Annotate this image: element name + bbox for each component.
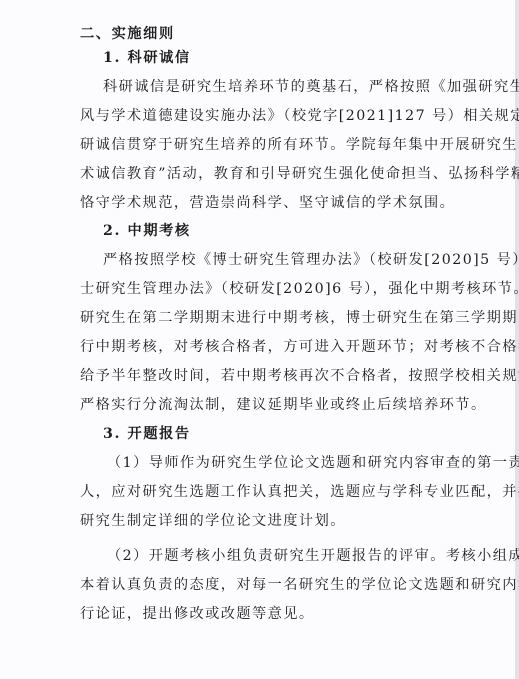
paragraph-line: 术诚信教育”活动，教育和引导研究生强化使命担当、弘扬科学精神、 [80,164,519,184]
paragraph-line: 人，应对研究生选题工作认真把关，选题应与学科专业匹配，并指导 [80,482,519,502]
subsection-heading-proposal: 3. 开题报告 [103,424,191,444]
paragraph-line: 研诚信贯穿于研究生培养的所有环节。学院每年集中开展研究生“学 [80,135,519,155]
paragraph-line: 恪守学术规范，营造崇尚科学、坚守诚信的学术氛围。 [80,193,455,213]
paragraph-line: （1）导师作为研究生学位论文选题和研究内容审查的第一责任 [107,453,519,473]
paragraph-line: 研究生在第二学期期末进行中期考核，博士研究生在第三学期期中进 [80,308,519,328]
paragraph-line: 行论证，提出修改或改题等意见。 [80,604,315,624]
paragraph-line: 本着认真负责的态度，对每一名研究生的学位论文选题和研究内容进 [80,575,519,595]
subsection-heading-integrity: 1. 科研诚信 [103,48,191,68]
paragraph-line: 行中期考核，对考核合格者，方可进入开题环节；对考核不合格者， [80,337,519,357]
document-page: 二、实施细则 1. 科研诚信 科研诚信是研究生培养环节的奠基石，严格按照《加强研… [0,0,519,679]
paragraph-line: 严格按照学校《博士研究生管理办法》（校研发[2020]5 号）《硕 [103,250,519,270]
subsection-heading-midterm: 2. 中期考核 [103,221,191,241]
paragraph-line: 给予半年整改时间，若中期考核再次不合格者，按照学校相关规定， [80,366,519,386]
paragraph-line: 严格实行分流淘汰制，建议延期毕业或终止后续培养环节。 [80,395,487,415]
paragraph-line: 科研诚信是研究生培养环节的奠基石，严格按照《加强研究生学 [103,77,519,97]
paragraph-line: 士研究生管理办法》（校研发[2020]6 号），强化中期考核环节。硕士 [80,279,519,299]
paragraph-line: （2）开题考核小组负责研究生开题报告的评审。考核小组成员 [107,546,519,566]
paragraph-line: 研究生制定详细的学位论文进度计划。 [80,511,346,531]
section-heading: 二、实施细则 [80,24,175,44]
paragraph-line: 风与学术道德建设实施办法》（校党字[2021]127 号）相关规定，将科 [80,106,519,126]
